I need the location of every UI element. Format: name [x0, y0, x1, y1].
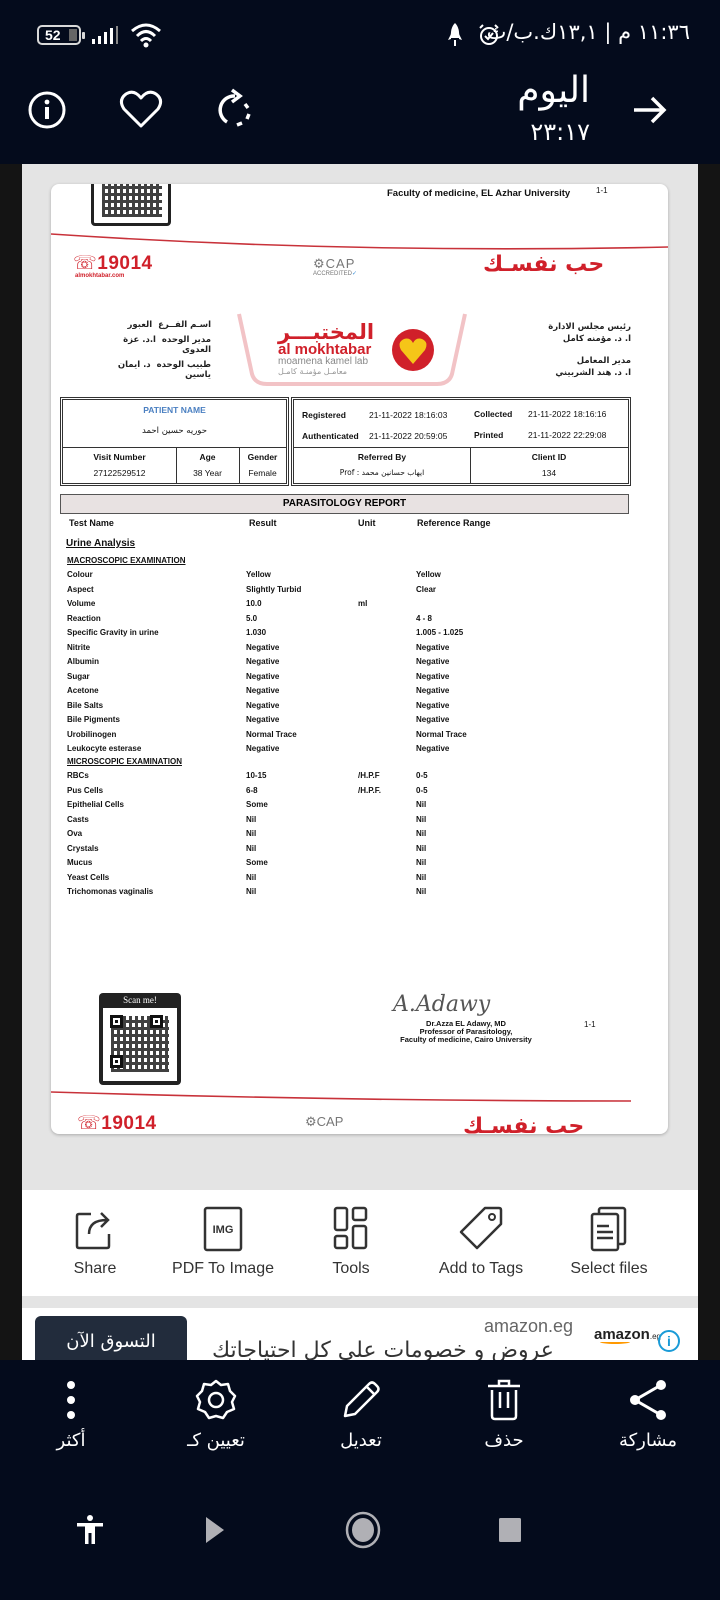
page-title: اليوم — [517, 70, 590, 111]
battery-indicator: 52 — [37, 25, 81, 45]
lab-logo: المختبـــر al mokhtabar moamena kamel la… — [278, 322, 374, 377]
result-test: Bile Pigments — [67, 715, 120, 724]
forward-arrow-icon — [632, 94, 668, 126]
system-nav-bar — [0, 1480, 720, 1600]
registered-value: 21-11-2022 18:16:03 — [369, 410, 447, 420]
result-result: Negative — [246, 643, 279, 652]
ad-info-icon[interactable]: i — [658, 1330, 680, 1352]
ad-text: عروض و خصومات على كل احتياجاتك — [212, 1338, 554, 1360]
trash-icon — [484, 1378, 524, 1422]
website-text: almokhtabar.com — [75, 273, 124, 279]
qr-code-prev — [91, 184, 171, 226]
result-test: Trichomonas vaginalis — [67, 887, 153, 896]
home-circle-icon — [345, 1511, 381, 1549]
macroscopic-title: MACROSCOPIC EXAMINATION — [67, 556, 186, 565]
result-test: Mucus — [67, 858, 92, 867]
section-urine-analysis: Urine Analysis — [66, 538, 135, 549]
result-test: Yeast Cells — [67, 873, 109, 882]
result-result: 1.030 — [246, 628, 266, 637]
printed-label: Printed — [474, 430, 503, 440]
footer-curve — [51, 1089, 668, 1109]
result-ref: 0-5 — [416, 771, 428, 780]
result-result: Negative — [246, 715, 279, 724]
client-id-label: Client ID — [470, 452, 628, 462]
pencil-icon — [339, 1378, 383, 1422]
patient-name: حوريه حسين احمد — [63, 426, 286, 436]
ad-banner[interactable]: التسوق الآن amazon.eg عروض و خصومات على … — [22, 1308, 698, 1360]
result-ref: Negative — [416, 657, 449, 666]
cap-logo-2: ⚙CAP — [305, 1114, 343, 1130]
signature: A.Adawy — [393, 992, 490, 1017]
gender-value: Female — [239, 468, 286, 478]
slogan: حب نفسـك — [483, 252, 604, 277]
favorite-button[interactable] — [117, 86, 165, 134]
registered-label: Registered — [302, 410, 346, 420]
rotate-button[interactable] — [211, 86, 259, 134]
ad-divider — [22, 1296, 698, 1308]
age-value: 38 Year — [176, 468, 239, 478]
recents-nav-button[interactable] — [490, 1510, 530, 1550]
ad-shop-now-button[interactable]: التسوق الآن — [35, 1316, 187, 1360]
gender-label: Gender — [239, 452, 286, 462]
result-result: Negative — [246, 672, 279, 681]
prev-page-number: 1-1 — [596, 186, 608, 195]
back-nav-button[interactable] — [195, 1510, 235, 1550]
select-files-button[interactable]: Select files — [544, 1190, 674, 1296]
client-id-value: 134 — [470, 468, 628, 478]
share-out-icon — [75, 1206, 115, 1250]
result-ref: Negative — [416, 715, 449, 724]
result-unit: /H.P.F — [358, 771, 380, 780]
result-ref: 1.005 - 1.025 — [416, 628, 463, 637]
heart-logo-icon — [391, 328, 435, 372]
col-test-name: Test Name — [69, 518, 114, 528]
age-label: Age — [176, 452, 239, 462]
edit-button[interactable]: تعديل — [306, 1378, 416, 1468]
info-button[interactable] — [23, 86, 71, 134]
hotline-number-2: ☏19014 — [77, 1112, 157, 1134]
result-ref: Nil — [416, 815, 426, 824]
result-result: 10-15 — [246, 771, 266, 780]
result-result: 5.0 — [246, 614, 257, 623]
share-button[interactable]: مشاركة — [593, 1378, 703, 1468]
delete-button[interactable]: حذف — [449, 1378, 559, 1468]
result-test: Specific Gravity in urine — [67, 628, 159, 637]
tag-icon — [459, 1206, 503, 1250]
result-ref: Negative — [416, 686, 449, 695]
result-ref: Nil — [416, 858, 426, 867]
result-result: Slightly Turbid — [246, 585, 301, 594]
img-file-icon: IMG — [203, 1206, 243, 1252]
result-result: Nil — [246, 844, 256, 853]
info-icon — [27, 90, 67, 130]
col-reference-range: Reference Range — [417, 518, 491, 528]
accessibility-button[interactable] — [70, 1510, 110, 1550]
col-unit: Unit — [358, 518, 376, 528]
ad-domain: amazon.eg — [484, 1316, 573, 1337]
patient-info-box: PATIENT NAME حوريه حسين احمد Visit Numbe… — [60, 397, 289, 486]
result-ref: Normal Trace — [416, 730, 467, 739]
result-test: Nitrite — [67, 643, 90, 652]
wifi-icon — [130, 22, 162, 48]
page-subtitle-time: ٢٣:١٧ — [530, 118, 590, 146]
result-ref: Nil — [416, 829, 426, 838]
result-test: Colour — [67, 570, 93, 579]
result-ref: 0-5 — [416, 786, 428, 795]
result-result: Negative — [246, 686, 279, 695]
result-ref: Nil — [416, 844, 426, 853]
result-test: Acetone — [67, 686, 99, 695]
report-title: PARASITOLOGY REPORT — [60, 494, 629, 514]
result-ref: Negative — [416, 744, 449, 753]
slogan-2: حب نفسـك — [463, 1114, 584, 1134]
set-as-button[interactable]: تعيين كـ — [161, 1378, 271, 1468]
referred-by-value: Prof : ايهاب حسانين محمد — [294, 468, 470, 477]
gear-icon — [194, 1378, 238, 1422]
back-button[interactable] — [626, 86, 674, 134]
tools-grid-icon — [333, 1206, 369, 1250]
result-test: Volume — [67, 599, 95, 608]
files-icon — [589, 1206, 629, 1252]
result-test: Crystals — [67, 844, 99, 853]
pdf-to-image-button[interactable]: IMG PDF To Image — [158, 1190, 288, 1296]
result-test: Pus Cells — [67, 786, 103, 795]
result-ref: Nil — [416, 873, 426, 882]
heart-icon — [119, 90, 163, 130]
printed-value: 21-11-2022 22:29:08 — [528, 430, 606, 440]
result-ref: Negative — [416, 672, 449, 681]
result-test: Urobilinogen — [67, 730, 116, 739]
rocket-icon — [446, 22, 464, 48]
status-bar: 52 ١١:٣٦ م | ١٣,١ك.ب/ث — [0, 0, 720, 66]
visit-number-label: Visit Number — [63, 452, 176, 462]
result-ref: Nil — [416, 800, 426, 809]
signal-icon — [92, 26, 122, 44]
result-test: RBCs — [67, 771, 89, 780]
result-result: 6-8 — [246, 786, 258, 795]
visit-number: 27122529512 — [63, 468, 176, 478]
microscopic-title: MICROSCOPIC EXAMINATION — [67, 757, 182, 766]
result-ref: Negative — [416, 701, 449, 710]
management-info: رئيس مجلس الادارة ا. د. مؤمنه كامل مدير … — [521, 322, 631, 378]
result-unit: /H.P.F. — [358, 786, 381, 795]
prev-signer-faculty: Faculty of medicine, EL Azhar University — [387, 188, 570, 199]
amazon-logo: amazon.eg — [594, 1326, 661, 1344]
page-number: 1-1 — [584, 1020, 596, 1029]
result-result: Nil — [246, 829, 256, 838]
pdf-page[interactable]: Faculty of medicine, EL Azhar University… — [51, 184, 668, 1134]
scan-me-qr: Scan me! — [99, 993, 181, 1085]
result-result: Normal Trace — [246, 730, 297, 739]
share-tool-button[interactable]: Share — [30, 1190, 160, 1296]
collected-label: Collected — [474, 409, 512, 419]
home-nav-button[interactable] — [343, 1510, 383, 1550]
tools-button[interactable]: Tools — [286, 1190, 416, 1296]
svg-text:IMG: IMG — [213, 1224, 234, 1236]
hotline-number: ☏19014 — [73, 252, 153, 275]
referred-by-label: Referred By — [294, 452, 470, 462]
add-to-tags-button[interactable]: Add to Tags — [416, 1190, 546, 1296]
result-result: Yellow — [246, 570, 271, 579]
result-result: Negative — [246, 744, 279, 753]
result-result: 10.0 — [246, 599, 262, 608]
col-result: Result — [249, 518, 277, 528]
back-triangle-icon — [204, 1516, 226, 1544]
result-test: Ova — [67, 829, 82, 838]
patient-name-label: PATIENT NAME — [63, 405, 286, 415]
result-result: Negative — [246, 701, 279, 710]
result-test: Bile Salts — [67, 701, 103, 710]
signer-block: Dr.Azza EL Adawy, MD Professor of Parasi… — [351, 1020, 581, 1044]
result-ref: Yellow — [416, 570, 441, 579]
pdf-toolbar: Share IMG PDF To Image Tools Add to Tags… — [22, 1190, 698, 1296]
sample-info-box: Registered 21-11-2022 18:16:03 Collected… — [291, 397, 631, 486]
result-result: Negative — [246, 657, 279, 666]
share-icon — [626, 1378, 670, 1422]
result-ref: Clear — [416, 585, 436, 594]
result-test: Reaction — [67, 614, 101, 623]
cap-logo: ⚙CAP ACCREDITED✓ — [313, 256, 357, 277]
app-bar: اليوم ٢٣:١٧ — [0, 66, 720, 164]
accessibility-icon — [76, 1514, 104, 1546]
result-test: Casts — [67, 815, 89, 824]
authenticated-value: 21-11-2022 20:59:05 — [369, 431, 447, 441]
result-result: Nil — [246, 815, 256, 824]
result-test: Albumin — [67, 657, 99, 666]
result-result: Some — [246, 800, 268, 809]
rotate-icon — [215, 88, 255, 132]
result-test: Epithelial Cells — [67, 800, 124, 809]
result-unit: ml — [358, 599, 367, 608]
status-time: ١١:٣٦ م | ١٣,١ك.ب/ث — [487, 20, 690, 44]
result-result: Some — [246, 858, 268, 867]
result-ref: Nil — [416, 887, 426, 896]
pdf-viewer[interactable]: Faculty of medicine, EL Azhar University… — [0, 164, 720, 1360]
bottom-action-bar: أكثر تعيين كـ تعديل حذف مشاركة — [0, 1360, 720, 1480]
result-result: Nil — [246, 887, 256, 896]
recents-square-icon — [498, 1517, 522, 1543]
more-button[interactable]: أكثر — [16, 1378, 126, 1468]
result-test: Aspect — [67, 585, 94, 594]
result-result: Nil — [246, 873, 256, 882]
more-vertical-icon — [61, 1378, 81, 1422]
result-test: Leukocyte esterase — [67, 744, 141, 753]
authenticated-label: Authenticated — [302, 431, 359, 441]
branch-info: اسـم الفــرع العبور مدير الوحده ا.د. عزة… — [111, 320, 211, 380]
collected-value: 21-11-2022 18:16:16 — [528, 409, 606, 419]
result-ref: 4 - 8 — [416, 614, 432, 623]
result-ref: Negative — [416, 643, 449, 652]
result-test: Sugar — [67, 672, 90, 681]
